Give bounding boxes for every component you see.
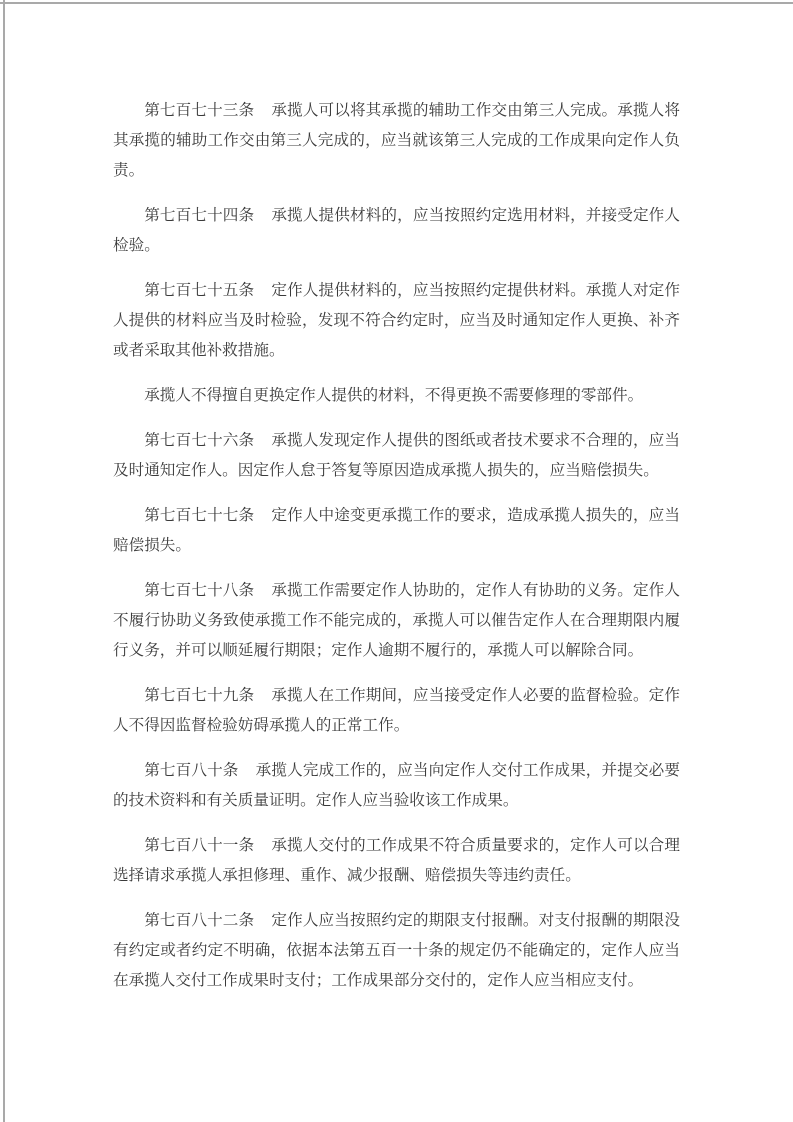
article-number: 第七百八十二条 [144, 912, 254, 929]
law-article-paragraph: 第七百八十一条承揽人交付的工作成果不符合质量要求的，定作人可以合理选择请求承揽人… [113, 831, 680, 891]
law-article-continuation-paragraph: 承揽人不得擅自更换定作人提供的材料，不得更换不需要修理的零部件。 [113, 381, 680, 411]
article-number: 第七百八十条 [144, 762, 238, 779]
article-number: 第七百七十四条 [144, 207, 254, 224]
document-text-block: 第七百七十三条承揽人可以将其承揽的辅助工作交由第三人完成。承揽人将其承揽的辅助工… [113, 96, 680, 996]
article-number: 第七百七十六条 [144, 432, 254, 449]
article-number: 第七百七十九条 [144, 687, 254, 704]
article-number: 第七百八十一条 [144, 837, 254, 854]
law-article-paragraph: 第七百七十六条承揽人发现定作人提供的图纸或者技术要求不合理的，应当及时通知定作人… [113, 426, 680, 486]
article-number: 第七百七十三条 [144, 102, 254, 119]
law-article-paragraph: 第七百七十八条承揽工作需要定作人协助的，定作人有协助的义务。定作人不履行协助义务… [113, 576, 680, 666]
page-left-border-line [3, 0, 5, 1122]
law-article-paragraph: 第七百七十三条承揽人可以将其承揽的辅助工作交由第三人完成。承揽人将其承揽的辅助工… [113, 96, 680, 186]
law-article-paragraph: 第七百七十九条承揽人在工作期间，应当接受定作人必要的监督检验。定作人不得因监督检… [113, 681, 680, 741]
law-article-paragraph: 第七百七十五条定作人提供材料的，应当按照约定提供材料。承揽人对定作人提供的材料应… [113, 276, 680, 366]
law-article-paragraph: 第七百八十二条定作人应当按照约定的期限支付报酬。对支付报酬的期限没有约定或者约定… [113, 906, 680, 996]
law-article-paragraph: 第七百七十七条定作人中途变更承揽工作的要求，造成承揽人损失的，应当赔偿损失。 [113, 501, 680, 561]
article-number: 第七百七十八条 [144, 582, 254, 599]
article-number: 第七百七十七条 [144, 507, 254, 524]
law-article-paragraph: 第七百八十条承揽人完成工作的，应当向定作人交付工作成果，并提交必要的技术资料和有… [113, 756, 680, 816]
article-number: 第七百七十五条 [144, 282, 254, 299]
document-page: { "page": { "colors": { "background": "#… [0, 0, 793, 1122]
article-text: 承揽人不得擅自更换定作人提供的材料，不得更换不需要修理的零部件。 [144, 387, 643, 404]
law-article-paragraph: 第七百七十四条承揽人提供材料的，应当按照约定选用材料，并接受定作人检验。 [113, 201, 680, 261]
page-top-border-line [0, 2, 793, 4]
